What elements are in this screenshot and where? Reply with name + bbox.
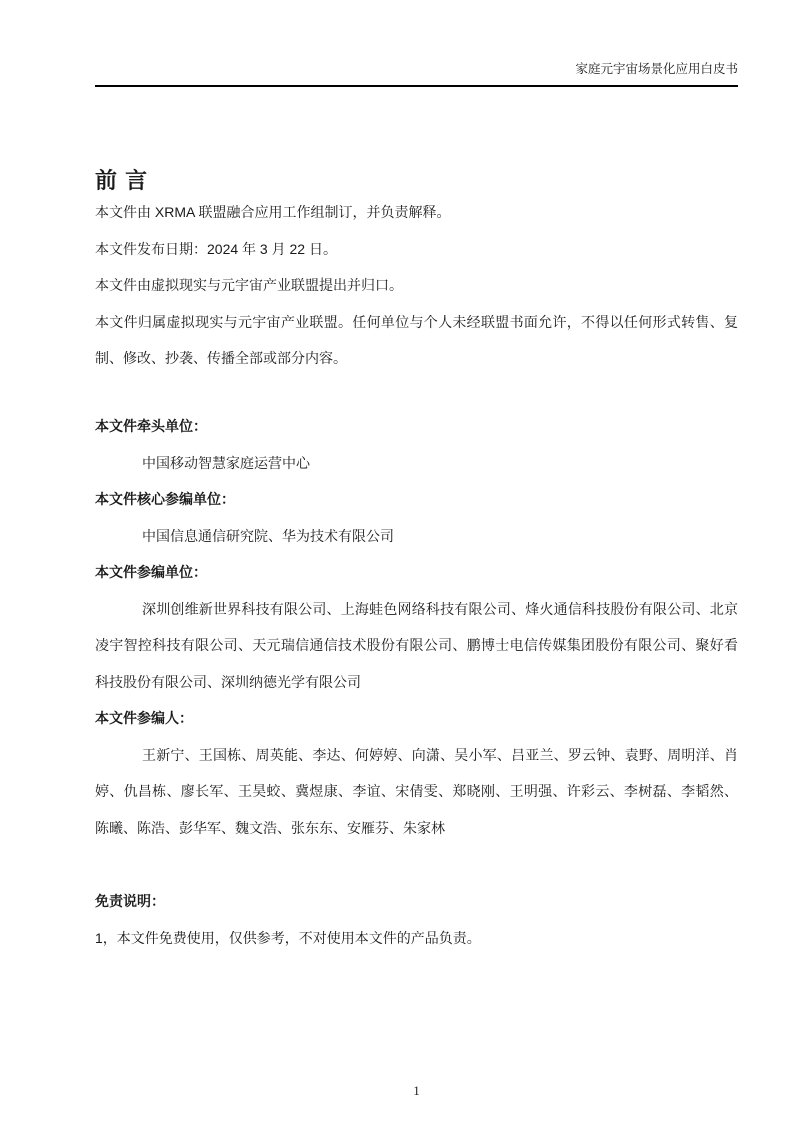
intro-paragraph-1: 本文件由 XRMA 联盟融合应用工作组制订，并负责解释。 [95, 194, 738, 231]
lead-unit-label: 本文件牵头单位： [95, 408, 738, 445]
intro-paragraph-3: 本文件由虚拟现实与元宇宙产业联盟提出并归口。 [95, 267, 738, 304]
lead-unit-content: 中国移动智慧家庭运营中心 [95, 445, 738, 482]
participating-units-label: 本文件参编单位： [95, 554, 738, 591]
disclaimer-item-1: 1，本文件免费使用，仅供参考，不对使用本文件的产品负责。 [95, 920, 738, 957]
intro-paragraphs: 本文件由 XRMA 联盟融合应用工作组制订，并负责解释。 本文件发布日期：202… [95, 194, 738, 377]
intro-paragraph-4: 本文件归属虚拟现实与元宇宙产业联盟。任何单位与个人未经联盟书面允许，不得以任何形… [95, 304, 738, 377]
disclaimer-label: 免责说明： [95, 883, 738, 920]
core-units-content: 中国信息通信研究院、华为技术有限公司 [95, 518, 738, 555]
document-page: 家庭元宇宙场景化应用白皮书 前 言 本文件由 XRMA 联盟融合应用工作组制订，… [0, 0, 793, 1122]
disclaimer-section: 免责说明： 1，本文件免费使用，仅供参考，不对使用本文件的产品负责。 [95, 883, 738, 956]
participating-units-content: 深圳创维新世界科技有限公司、上海蛙色网络科技有限公司、烽火通信科技股份有限公司、… [95, 591, 738, 701]
core-units-label: 本文件核心参编单位： [95, 481, 738, 518]
preface-heading: 前 言 [95, 165, 148, 196]
contributor-sections: 本文件牵头单位： 中国移动智慧家庭运营中心 本文件核心参编单位： 中国信息通信研… [95, 408, 738, 846]
page-number: 1 [95, 1082, 738, 1100]
authors-label: 本文件参编人： [95, 700, 738, 737]
authors-content: 王新宁、王国栋、周英能、李达、何婷婷、向潇、吴小军、吕亚兰、罗云钟、袁野、周明洋… [95, 737, 738, 847]
header-rule-line [95, 85, 738, 87]
page-header-title: 家庭元宇宙场景化应用白皮书 [95, 61, 738, 77]
intro-paragraph-2: 本文件发布日期：2024 年 3 月 22 日。 [95, 231, 738, 268]
